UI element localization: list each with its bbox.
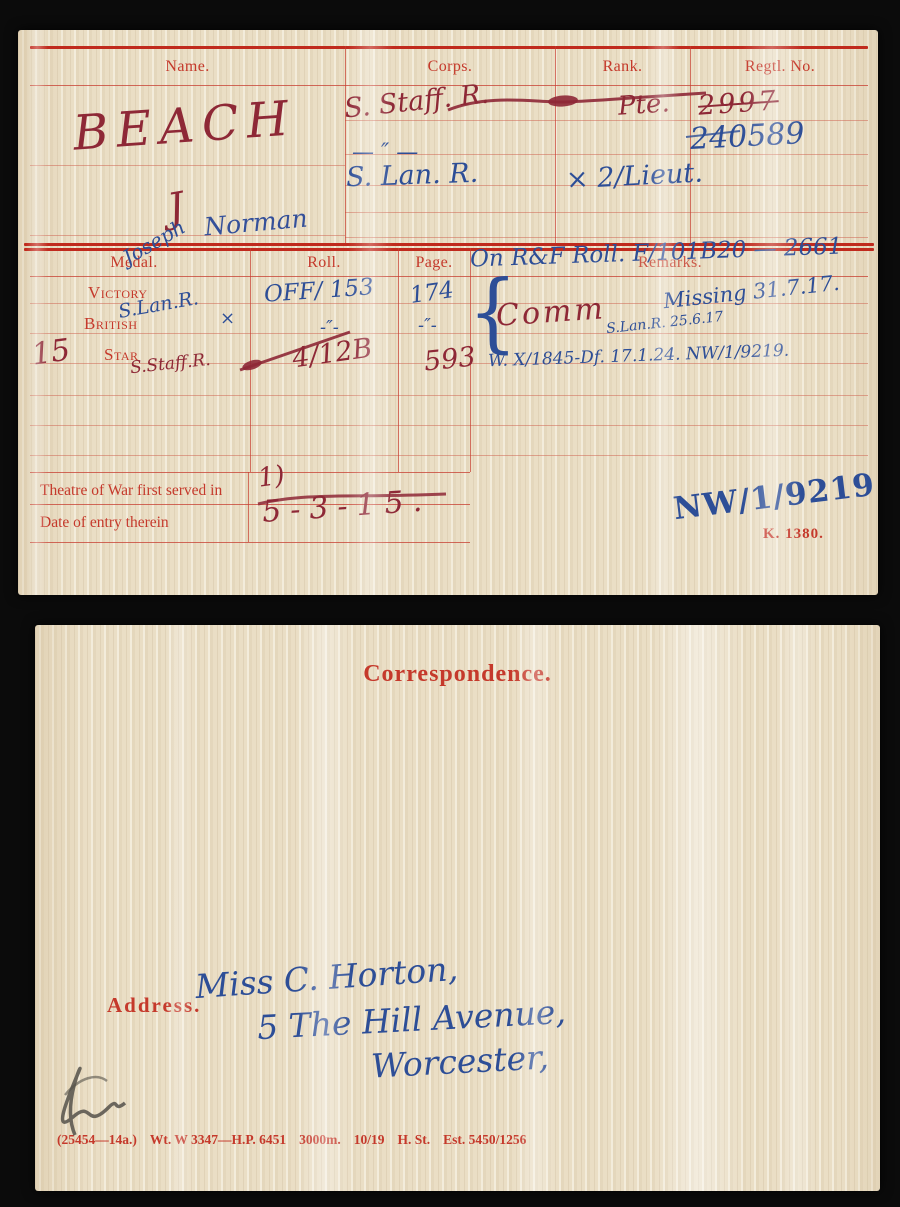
k-number-stamp: K. 1380. [763, 526, 824, 543]
rule [30, 472, 470, 473]
rule [30, 542, 470, 543]
column-header-corps: Corps. [345, 58, 555, 76]
rule [30, 395, 868, 396]
rule [345, 212, 868, 213]
victory-page-handwriting: 174 [409, 279, 456, 308]
corps-row1-handwriting: S. Staff. R. [343, 80, 490, 122]
rule [345, 154, 868, 155]
star-roll-handwriting: 4/12B [291, 335, 374, 373]
pencil-scribble-mark [35, 625, 880, 1191]
remarks-comm-handwriting: Comm [495, 294, 607, 332]
rule [30, 46, 868, 49]
medal-card-back: Correspondence. Address. Miss C. Horton,… [35, 625, 880, 1191]
address-line-3-handwriting: Worcester, [370, 1040, 549, 1082]
imprint-segment: Est. 5450/1256 [443, 1132, 526, 1148]
scan-streak [165, 625, 195, 1191]
rule [250, 248, 251, 472]
british-roll-ditto: -″- [320, 319, 339, 337]
corner-reference-handwriting: NW/1/9219 [672, 470, 877, 525]
scanned-medal-index-card-page: Name. Corps. Rank. Regtl. No. Medal. Rol… [0, 0, 900, 1207]
scan-streak [513, 625, 558, 1191]
imprint-segment: 3000m. [299, 1132, 341, 1148]
address-line-2-handwriting: 5 The Hill Avenue, [256, 995, 566, 1044]
rule [398, 248, 399, 472]
rule [30, 425, 868, 426]
imprint-segment: H. St. [398, 1132, 431, 1148]
rank-row3-handwriting: × 2/Lieut. [565, 159, 703, 193]
imprint-segment: (25454—14a.) [57, 1132, 137, 1148]
column-header-page: Page. [398, 254, 470, 272]
theatre-value-handwriting: 1) [256, 462, 286, 491]
medal-card-front: Name. Corps. Rank. Regtl. No. Medal. Rol… [18, 30, 878, 595]
correspondence-title: Correspondence. [35, 661, 880, 688]
scan-streak [777, 625, 817, 1191]
address-label: Address. [107, 993, 201, 1018]
address-line-1-handwriting: Miss C. Horton, [194, 952, 459, 1003]
date-of-entry-label: Date of entry therein [40, 514, 169, 532]
star-prefix-handwriting: 15 [30, 335, 72, 370]
star-annotation-handwriting: S.Staff.R. [129, 352, 211, 377]
column-header-roll: Roll. [250, 254, 398, 272]
date-of-entry-handwriting: 5-3-15. [261, 486, 432, 528]
victory-x-mark: × [220, 310, 235, 328]
rank-row1-handwriting: Pte. [617, 90, 670, 120]
regtl-no-row2-handwriting: 240589 [689, 119, 805, 155]
column-header-rank: Rank. [555, 58, 690, 76]
rule [30, 165, 345, 166]
column-header-regtl-no: Regtl. No. [690, 58, 870, 76]
imprint-segment: Wt. W 3347—H.P. 6451 [150, 1132, 286, 1148]
remarks-missing-handwriting: Missing 31.7.17. [662, 273, 840, 312]
column-header-name: Name. [30, 58, 345, 76]
surname-handwriting: BEACH [72, 94, 298, 157]
regtl-no-row1-handwriting: 2997 [697, 87, 779, 120]
rule [30, 455, 868, 456]
scan-streak [297, 625, 352, 1191]
rule [30, 333, 868, 334]
rule [248, 472, 249, 542]
imprint-segment: 10/19 [354, 1132, 385, 1148]
british-page-ditto: -″- [418, 317, 437, 335]
scan-streak [650, 625, 745, 1191]
remarks-line3-handwriting: W. X/1845-Df. 17.1.24. NW/1/9219. [488, 343, 790, 371]
corps-row3-handwriting: S. Lan. R. [346, 160, 479, 192]
scan-streak [26, 30, 48, 595]
theatre-of-war-label: Theatre of War first served in [40, 482, 222, 500]
printer-imprint: (25454—14a.) Wt. W 3347—H.P. 6451 3000m.… [57, 1132, 526, 1148]
